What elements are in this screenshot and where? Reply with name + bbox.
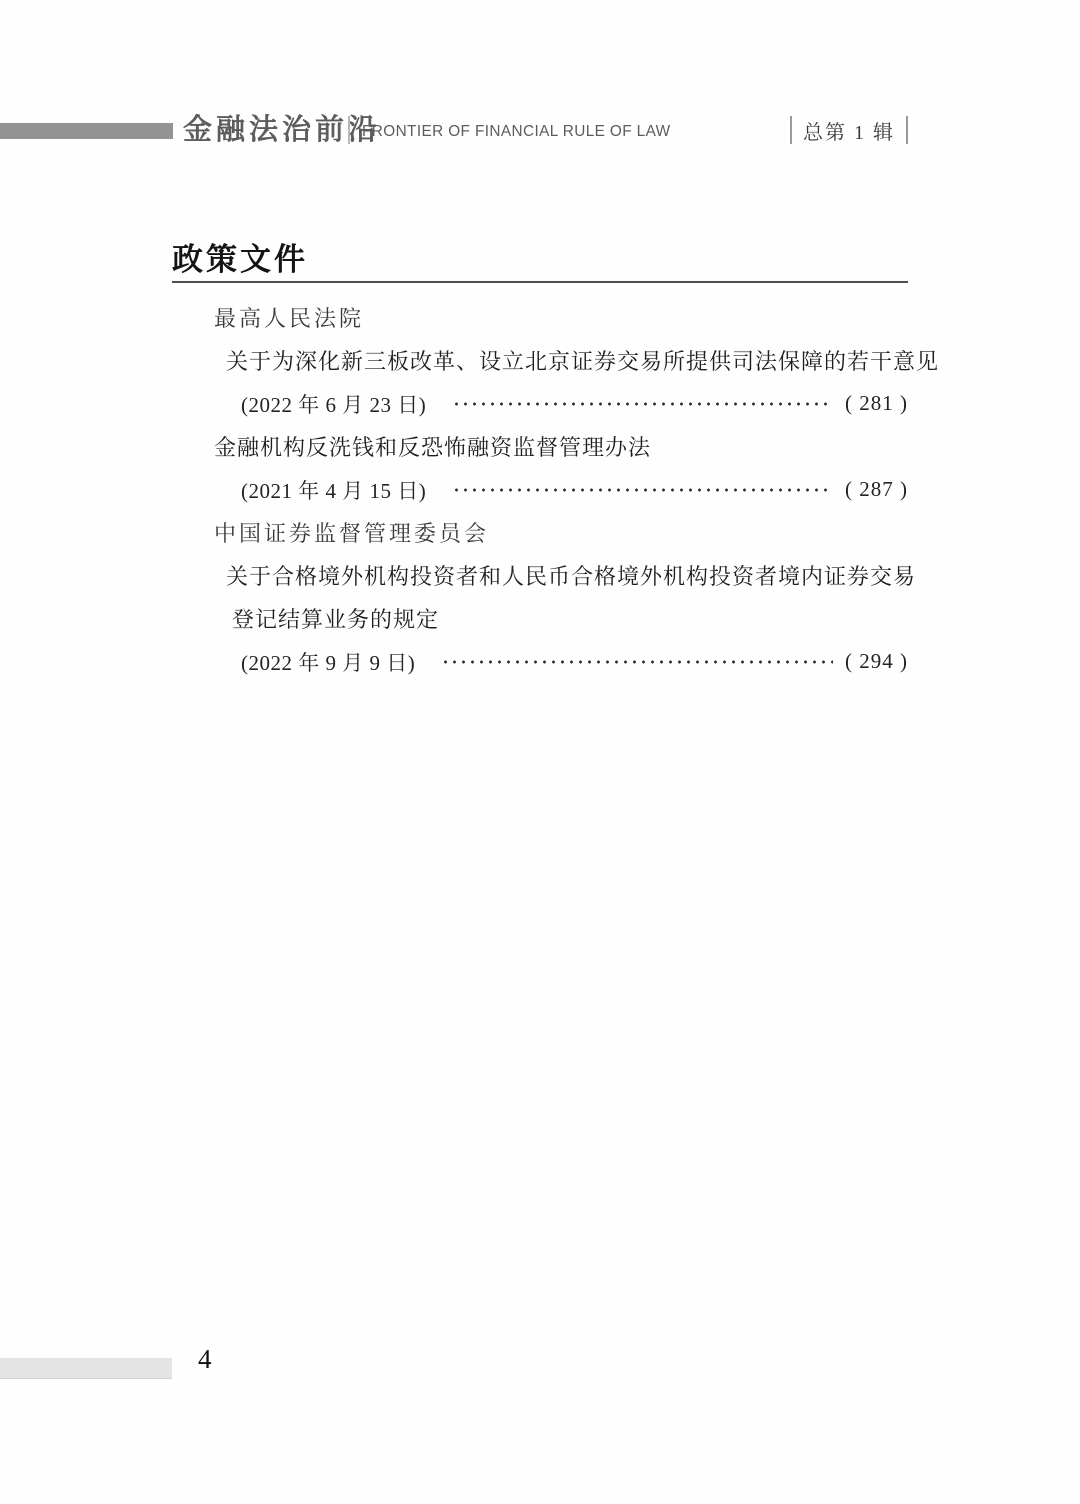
issue-label: 总第 1 辑 — [790, 115, 908, 145]
toc-title-continuation-row: 登记结算业务的规定 — [170, 597, 908, 640]
section-rule — [172, 281, 908, 283]
toc-doc-date: (2022 年 9 月 9 日) — [241, 647, 415, 677]
toc-doc-title: 关于合格境外机构投资者和人民币合格境外机构投资者境内证券交易 — [226, 560, 916, 591]
toc-doc-date: (2021 年 4 月 15 日) — [241, 475, 426, 505]
section-title: 政策文件 — [172, 234, 308, 279]
dot-leader — [441, 651, 833, 673]
issue-divider-right — [906, 116, 908, 144]
folio-page-number: 4 — [198, 1344, 212, 1375]
toc-title-row: 金融机构反洗钱和反恐怖融资监督管理办法 — [170, 425, 908, 468]
header-accent-bar — [0, 123, 173, 139]
toc-title-row: 关于合格境外机构投资者和人民币合格境外机构投资者境内证券交易 — [170, 554, 908, 597]
toc-doc-title: 关于为深化新三板改革、设立北京证券交易所提供司法保障的若干意见 — [226, 345, 939, 376]
header-divider — [348, 116, 350, 144]
footer-accent-bar — [0, 1358, 172, 1379]
toc-title-row: 关于为深化新三板改革、设立北京证券交易所提供司法保障的若干意见 — [170, 339, 908, 382]
dot-leader — [452, 479, 833, 501]
toc-doc-title: 金融机构反洗钱和反恐怖融资监督管理办法 — [214, 431, 651, 462]
toc-doc-date: (2022 年 6 月 23 日) — [241, 389, 426, 419]
toc-org-row: 中国证券监督管理委员会 — [170, 511, 908, 554]
toc-page-number: ( 287 ) — [845, 477, 908, 502]
toc-date-row: (2022 年 6 月 23 日) ( 281 ) — [170, 382, 908, 425]
journal-title-en: FRONTIER OF FINANCIAL RULE OF LAW — [362, 122, 671, 142]
toc-page: 金融法治前沿 FRONTIER OF FINANCIAL RULE OF LAW… — [0, 0, 1080, 1504]
toc-doc-title-continuation: 登记结算业务的规定 — [232, 603, 439, 634]
toc-date-row: (2022 年 9 月 9 日) ( 294 ) — [170, 640, 908, 683]
toc-page-number: ( 294 ) — [845, 649, 908, 674]
dot-leader — [452, 393, 833, 415]
toc-org-name: 中国证券监督管理委员会 — [214, 517, 489, 548]
journal-title-zh: 金融法治前沿 — [183, 112, 381, 148]
toc-date-row: (2021 年 4 月 15 日) ( 287 ) — [170, 468, 908, 511]
issue-label-text: 总第 1 辑 — [792, 116, 906, 145]
toc-org-name: 最高人民法院 — [214, 302, 364, 333]
toc-org-row: 最高人民法院 — [170, 296, 908, 339]
table-of-contents: 最高人民法院 关于为深化新三板改革、设立北京证券交易所提供司法保障的若干意见 (… — [170, 296, 908, 683]
toc-page-number: ( 281 ) — [845, 391, 908, 416]
